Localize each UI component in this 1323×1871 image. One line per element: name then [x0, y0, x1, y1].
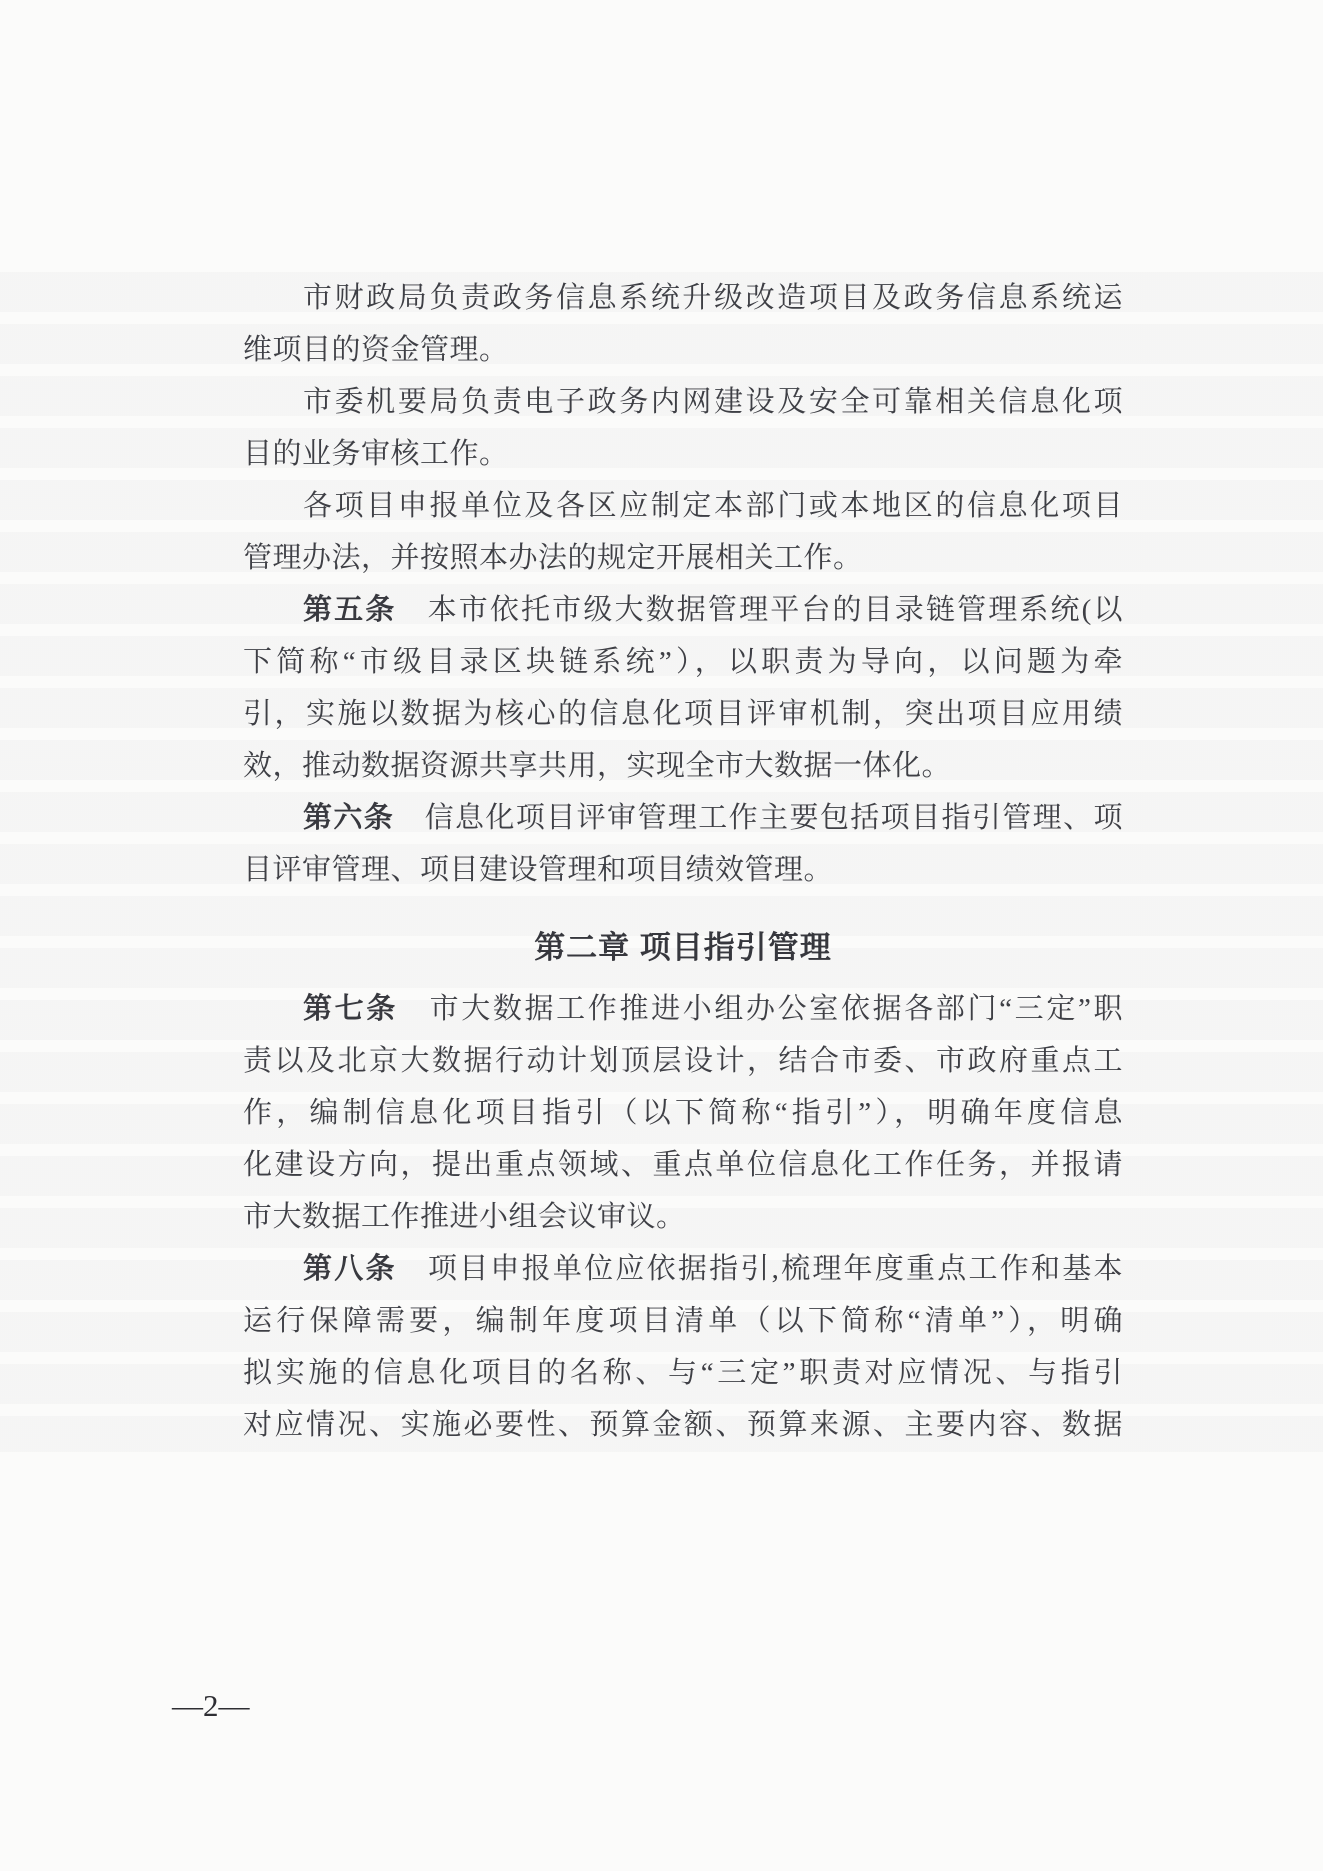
text-segment: 本市依托市级大数据管理平台的目录链管理系统(以 — [396, 594, 1123, 626]
text-line: 市委机要局负责电子政务内网建设及安全可靠相关信息化项 — [243, 376, 1123, 428]
text-line: 管理办法，并按照本办法的规定开展相关工作。 — [243, 532, 1123, 584]
text-line: 第六条 信息化项目评审管理工作主要包括项目指引管理、项 — [243, 792, 1123, 844]
text-line: 目评审管理、项目建设管理和项目绩效管理。 — [243, 844, 1123, 896]
text-line: 责以及北京大数据行动计划顶层设计，结合市委、市政府重点工 — [243, 1035, 1123, 1087]
article-number-label: 第六条 — [303, 802, 394, 834]
text-segment: 运行保障需要，编制年度项目清单（以下简称“清单”），明确 — [243, 1305, 1123, 1337]
text-segment: 作，编制信息化项目指引（以下简称“指引”），明确年度信息 — [243, 1097, 1123, 1129]
text-segment: 拟实施的信息化项目的名称、与“三定”职责对应情况、与指引 — [243, 1357, 1123, 1389]
text-segment: 引，实施以数据为核心的信息化项目评审机制，突出项目应用绩 — [243, 698, 1123, 730]
text-line: 维项目的资金管理。 — [243, 324, 1123, 376]
article-number-label: 第五条 — [303, 594, 396, 626]
text-line: 各项目申报单位及各区应制定本部门或本地区的信息化项目 — [243, 480, 1123, 532]
chapter-heading: 第二章 项目指引管理 — [243, 922, 1123, 974]
text-line: 第七条 市大数据工作推进小组办公室依据各部门“三定”职 — [243, 983, 1123, 1035]
text-line: 拟实施的信息化项目的名称、与“三定”职责对应情况、与指引 — [243, 1347, 1123, 1399]
article-number-label: 第八条 — [303, 1253, 397, 1285]
text-segment: 项目申报单位应依据指引,梳理年度重点工作和基本 — [397, 1253, 1123, 1285]
text-segment: 市大数据工作推进小组会议审议。 — [243, 1201, 686, 1233]
text-line: 效，推动数据资源共享共用，实现全市大数据一体化。 — [243, 740, 1123, 792]
text-segment: 对应情况、实施必要性、预算金额、预算来源、主要内容、数据 — [243, 1409, 1123, 1441]
text-line: 第八条 项目申报单位应依据指引,梳理年度重点工作和基本 — [243, 1243, 1123, 1295]
text-segment: 管理办法，并按照本办法的规定开展相关工作。 — [243, 542, 863, 574]
text-line: 下简称“市级目录区块链系统”），以职责为导向，以问题为牵 — [243, 636, 1123, 688]
text-segment: 下简称“市级目录区块链系统”），以职责为导向，以问题为牵 — [243, 646, 1123, 678]
text-segment: 维项目的资金管理。 — [243, 334, 509, 366]
text-line: 对应情况、实施必要性、预算金额、预算来源、主要内容、数据 — [243, 1399, 1123, 1451]
text-segment: 市委机要局负责电子政务内网建设及安全可靠相关信息化项 — [303, 386, 1123, 418]
text-segment: 市大数据工作推进小组办公室依据各部门“三定”职 — [398, 993, 1123, 1025]
text-line: 第五条 本市依托市级大数据管理平台的目录链管理系统(以 — [243, 584, 1123, 636]
text-segment: 信息化项目评审管理工作主要包括项目指引管理、项 — [394, 802, 1123, 834]
text-line: 引，实施以数据为核心的信息化项目评审机制，突出项目应用绩 — [243, 688, 1123, 740]
text-segment: 效，推动数据资源共享共用，实现全市大数据一体化。 — [243, 750, 951, 782]
text-line: 市财政局负责政务信息系统升级改造项目及政务信息系统运 — [243, 272, 1123, 324]
page-number: —2— — [172, 1686, 250, 1726]
text-line: 目的业务审核工作。 — [243, 428, 1123, 480]
text-segment: 目的业务审核工作。 — [243, 438, 509, 470]
text-line: 运行保障需要，编制年度项目清单（以下简称“清单”），明确 — [243, 1295, 1123, 1347]
text-line: 市大数据工作推进小组会议审议。 — [243, 1191, 1123, 1243]
document-page: 市财政局负责政务信息系统升级改造项目及政务信息系统运维项目的资金管理。市委机要局… — [0, 0, 1323, 1871]
text-line: 化建设方向，提出重点领域、重点单位信息化工作任务，并报请 — [243, 1139, 1123, 1191]
text-segment: 市财政局负责政务信息系统升级改造项目及政务信息系统运 — [303, 282, 1123, 314]
text-segment: 目评审管理、项目建设管理和项目绩效管理。 — [243, 854, 833, 886]
article-number-label: 第七条 — [303, 993, 398, 1025]
document-body: 市财政局负责政务信息系统升级改造项目及政务信息系统运维项目的资金管理。市委机要局… — [243, 272, 1123, 1451]
text-segment: 化建设方向，提出重点领域、重点单位信息化工作任务，并报请 — [243, 1149, 1123, 1181]
text-line: 作，编制信息化项目指引（以下简称“指引”），明确年度信息 — [243, 1087, 1123, 1139]
text-segment: 责以及北京大数据行动计划顶层设计，结合市委、市政府重点工 — [243, 1045, 1123, 1077]
text-segment: 各项目申报单位及各区应制定本部门或本地区的信息化项目 — [303, 490, 1123, 522]
